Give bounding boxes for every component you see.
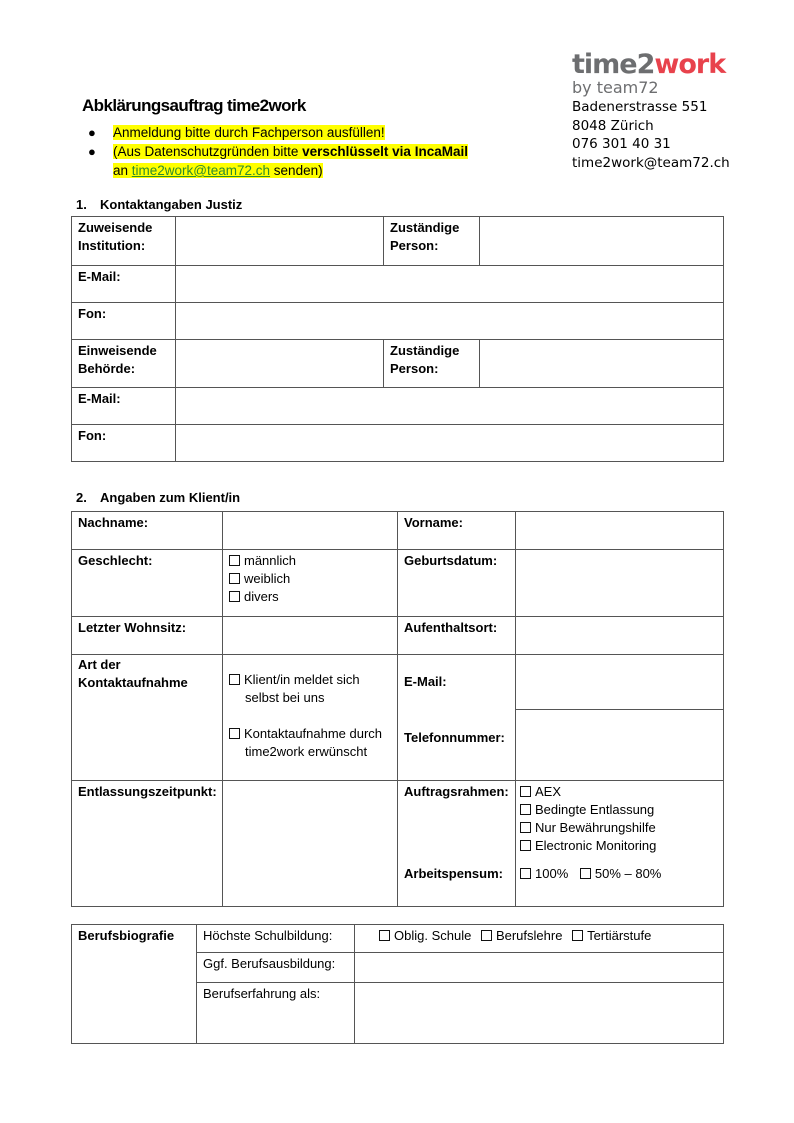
kontakt-option-2[interactable]: Kontaktaufnahme durch time2work erwünsch… xyxy=(223,709,398,780)
client-info-table: Nachname: Vorname: Geschlecht: männlich … xyxy=(71,511,724,907)
logo-subtitle: by team72 xyxy=(572,79,730,97)
section-number: 2. xyxy=(76,490,100,505)
option-label: Bedingte Entlassung xyxy=(535,802,654,817)
field-fon-2[interactable] xyxy=(176,425,724,462)
option-bedingte-entlassung[interactable]: Bedingte Entlassung xyxy=(520,801,718,819)
address: Badenerstrasse 551 8048 Zürich 076 301 4… xyxy=(572,98,730,172)
label-zustaendige-person-2: Zuständige Person: xyxy=(384,340,480,388)
option-50-80[interactable]: 50% – 80% xyxy=(580,866,662,881)
field-letzter-wohnsitz[interactable] xyxy=(223,617,398,655)
career-table: Berufsbiografie Höchste Schulbildung: Ob… xyxy=(71,924,724,1044)
section-title: Angaben zum Klient/in xyxy=(100,490,240,505)
option-label: Nur Bewährungshilfe xyxy=(535,820,656,835)
checkbox-icon[interactable] xyxy=(229,555,240,566)
label-schulbildung: Höchste Schulbildung: xyxy=(197,925,355,953)
instruction-text: Anmeldung bitte durch Fachperson ausfüll… xyxy=(113,125,385,140)
option-electronic-monitoring[interactable]: Electronic Monitoring xyxy=(520,837,718,855)
bullet-icon: ● xyxy=(88,123,113,142)
field-zuweisende-institution[interactable] xyxy=(176,217,384,266)
label-entlassungszeitpunkt: Entlassungszeitpunkt: xyxy=(72,780,223,906)
option-berufslehre[interactable]: Berufslehre xyxy=(481,928,562,943)
label-nachname: Nachname: xyxy=(72,512,223,550)
field-einweisende-behoerde[interactable] xyxy=(176,340,384,388)
field-geburtsdatum[interactable] xyxy=(516,550,724,617)
option-maennlich[interactable]: männlich xyxy=(229,552,392,570)
address-city: 8048 Zürich xyxy=(572,117,730,136)
option-100[interactable]: 100% xyxy=(520,866,568,881)
section-2-heading: 2.Angaben zum Klient/in xyxy=(76,490,240,505)
auftrag-arbeitspensum-options: AEX Bedingte Entlassung Nur Bewährungshi… xyxy=(516,780,724,906)
field-telefonnummer[interactable] xyxy=(516,709,724,780)
checkbox-icon[interactable] xyxy=(229,573,240,584)
label-zuweisende-institution: Zuweisende Institution: xyxy=(72,217,176,266)
option-tertiaerstufe[interactable]: Tertiärstufe xyxy=(572,928,651,943)
checkbox-icon[interactable] xyxy=(520,804,531,815)
label-email-1: E-Mail: xyxy=(72,266,176,303)
checkbox-icon[interactable] xyxy=(520,786,531,797)
option-label: 100% xyxy=(535,866,568,881)
label-auftragsrahmen: Auftragsrahmen: xyxy=(404,783,510,801)
instruction-text: an xyxy=(113,163,132,178)
option-label-cont: time2work erwünscht xyxy=(229,743,392,761)
kontakt-option-1[interactable]: Klient/in meldet sich selbst bei uns xyxy=(223,655,398,710)
field-berufserfahrung-extra[interactable] xyxy=(355,1013,724,1044)
option-label: Klient/in meldet sich xyxy=(244,672,360,687)
document-title: Abklärungsauftrag time2work xyxy=(82,96,306,116)
label-berufserfahrung: Berufserfahrung als: xyxy=(197,983,355,1013)
field-fon-1[interactable] xyxy=(176,303,724,340)
checkbox-icon[interactable] xyxy=(229,591,240,602)
letterhead: time2work by team72 Badenerstrasse 551 8… xyxy=(572,50,730,172)
field-berufserfahrung[interactable] xyxy=(355,983,724,1013)
label-aufenthaltsort: Aufenthaltsort: xyxy=(398,617,516,655)
address-email: time2work@team72.ch xyxy=(572,154,730,173)
field-aufenthaltsort[interactable] xyxy=(516,617,724,655)
option-weiblich[interactable]: weiblich xyxy=(229,570,392,588)
label-fon-2: Fon: xyxy=(72,425,176,462)
field-email-1[interactable] xyxy=(176,266,724,303)
label-zustaendige-person-1: Zuständige Person: xyxy=(384,217,480,266)
option-label: divers xyxy=(244,589,279,604)
option-label: Oblig. Schule xyxy=(394,928,471,943)
logo-time: time2 xyxy=(572,49,654,80)
option-label: männlich xyxy=(244,553,296,568)
label-einweisende-behoerde: Einweisende Behörde: xyxy=(72,340,176,388)
checkbox-icon[interactable] xyxy=(229,728,240,739)
section-number: 1. xyxy=(76,197,100,212)
field-entlassungszeitpunkt[interactable] xyxy=(223,780,398,906)
option-label: 50% – 80% xyxy=(595,866,662,881)
label-email-2: E-Mail: xyxy=(72,388,176,425)
geschlecht-options: männlich weiblich divers xyxy=(223,550,398,617)
label-berufsausbildung: Ggf. Berufsausbildung: xyxy=(197,953,355,983)
option-oblig-schule[interactable]: Oblig. Schule xyxy=(379,928,471,943)
option-divers[interactable]: divers xyxy=(229,588,392,606)
field-email-2[interactable] xyxy=(176,388,724,425)
option-label: Berufslehre xyxy=(496,928,562,943)
email-link[interactable]: time2work@team72.ch xyxy=(132,163,270,178)
checkbox-icon[interactable] xyxy=(481,930,492,941)
instruction-text: senden) xyxy=(270,163,323,178)
logo-work: work xyxy=(654,49,725,80)
label-fon-1: Fon: xyxy=(72,303,176,340)
instructions: ● Anmeldung bitte durch Fachperson ausfü… xyxy=(88,123,508,180)
address-phone: 076 301 40 31 xyxy=(572,135,730,154)
logo: time2work xyxy=(572,50,730,80)
section-1-heading: 1.Kontaktangaben Justiz xyxy=(76,197,242,212)
label-telefonnummer: Telefonnummer: xyxy=(398,709,516,780)
label-geburtsdatum: Geburtsdatum: xyxy=(398,550,516,617)
schulbildung-options: Oblig. Schule Berufslehre Tertiärstufe xyxy=(355,925,724,953)
label-vorname: Vorname: xyxy=(398,512,516,550)
bullet-icon: ● xyxy=(88,142,113,180)
option-label: weiblich xyxy=(244,571,290,586)
label-arbeitspensum: Arbeitspensum: xyxy=(404,865,510,883)
field-vorname[interactable] xyxy=(516,512,724,550)
checkbox-icon[interactable] xyxy=(229,674,240,685)
checkbox-icon[interactable] xyxy=(580,868,591,879)
label-letzter-wohnsitz: Letzter Wohnsitz: xyxy=(72,617,223,655)
option-label: Tertiärstufe xyxy=(587,928,651,943)
field-email[interactable] xyxy=(516,655,724,710)
option-label: Kontaktaufnahme durch xyxy=(244,726,382,741)
label-geschlecht: Geschlecht: xyxy=(72,550,223,617)
label-berufsbiografie: Berufsbiografie xyxy=(72,925,197,1044)
checkbox-icon[interactable] xyxy=(520,868,531,879)
field-berufsausbildung[interactable] xyxy=(355,953,724,983)
field-nachname[interactable] xyxy=(223,512,398,550)
option-label-cont: selbst bei uns xyxy=(229,689,392,707)
section-title: Kontaktangaben Justiz xyxy=(100,197,242,212)
label-art-kontakt: Art der Kontaktaufnahme xyxy=(72,655,223,781)
option-label: AEX xyxy=(535,784,561,799)
checkbox-icon[interactable] xyxy=(379,930,390,941)
option-bewaehrungshilfe[interactable]: Nur Bewährungshilfe xyxy=(520,819,718,837)
checkbox-icon[interactable] xyxy=(520,840,531,851)
address-street: Badenerstrasse 551 xyxy=(572,98,730,117)
arbeitspensum-options: 100% 50% – 80% xyxy=(520,865,718,883)
label-email: E-Mail: xyxy=(398,655,516,710)
instruction-item: ● Anmeldung bitte durch Fachperson ausfü… xyxy=(88,123,508,142)
instruction-text: (Aus Datenschutzgründen bitte xyxy=(113,144,302,159)
instruction-item: ● (Aus Datenschutzgründen bitte verschlü… xyxy=(88,142,508,180)
checkbox-icon[interactable] xyxy=(572,930,583,941)
field-berufserfahrung-extra-label xyxy=(197,1013,355,1044)
option-label: Electronic Monitoring xyxy=(535,838,656,853)
field-zustaendige-person-2[interactable] xyxy=(480,340,724,388)
instruction-bold: verschlüsselt via IncaMail xyxy=(302,144,468,159)
field-zustaendige-person-1[interactable] xyxy=(480,217,724,266)
checkbox-icon[interactable] xyxy=(520,822,531,833)
auftrag-arbeitspensum-labels: Auftragsrahmen: Arbeitspensum: xyxy=(398,780,516,906)
contact-justice-table: Zuweisende Institution: Zuständige Perso… xyxy=(71,216,724,462)
option-aex[interactable]: AEX xyxy=(520,783,718,801)
